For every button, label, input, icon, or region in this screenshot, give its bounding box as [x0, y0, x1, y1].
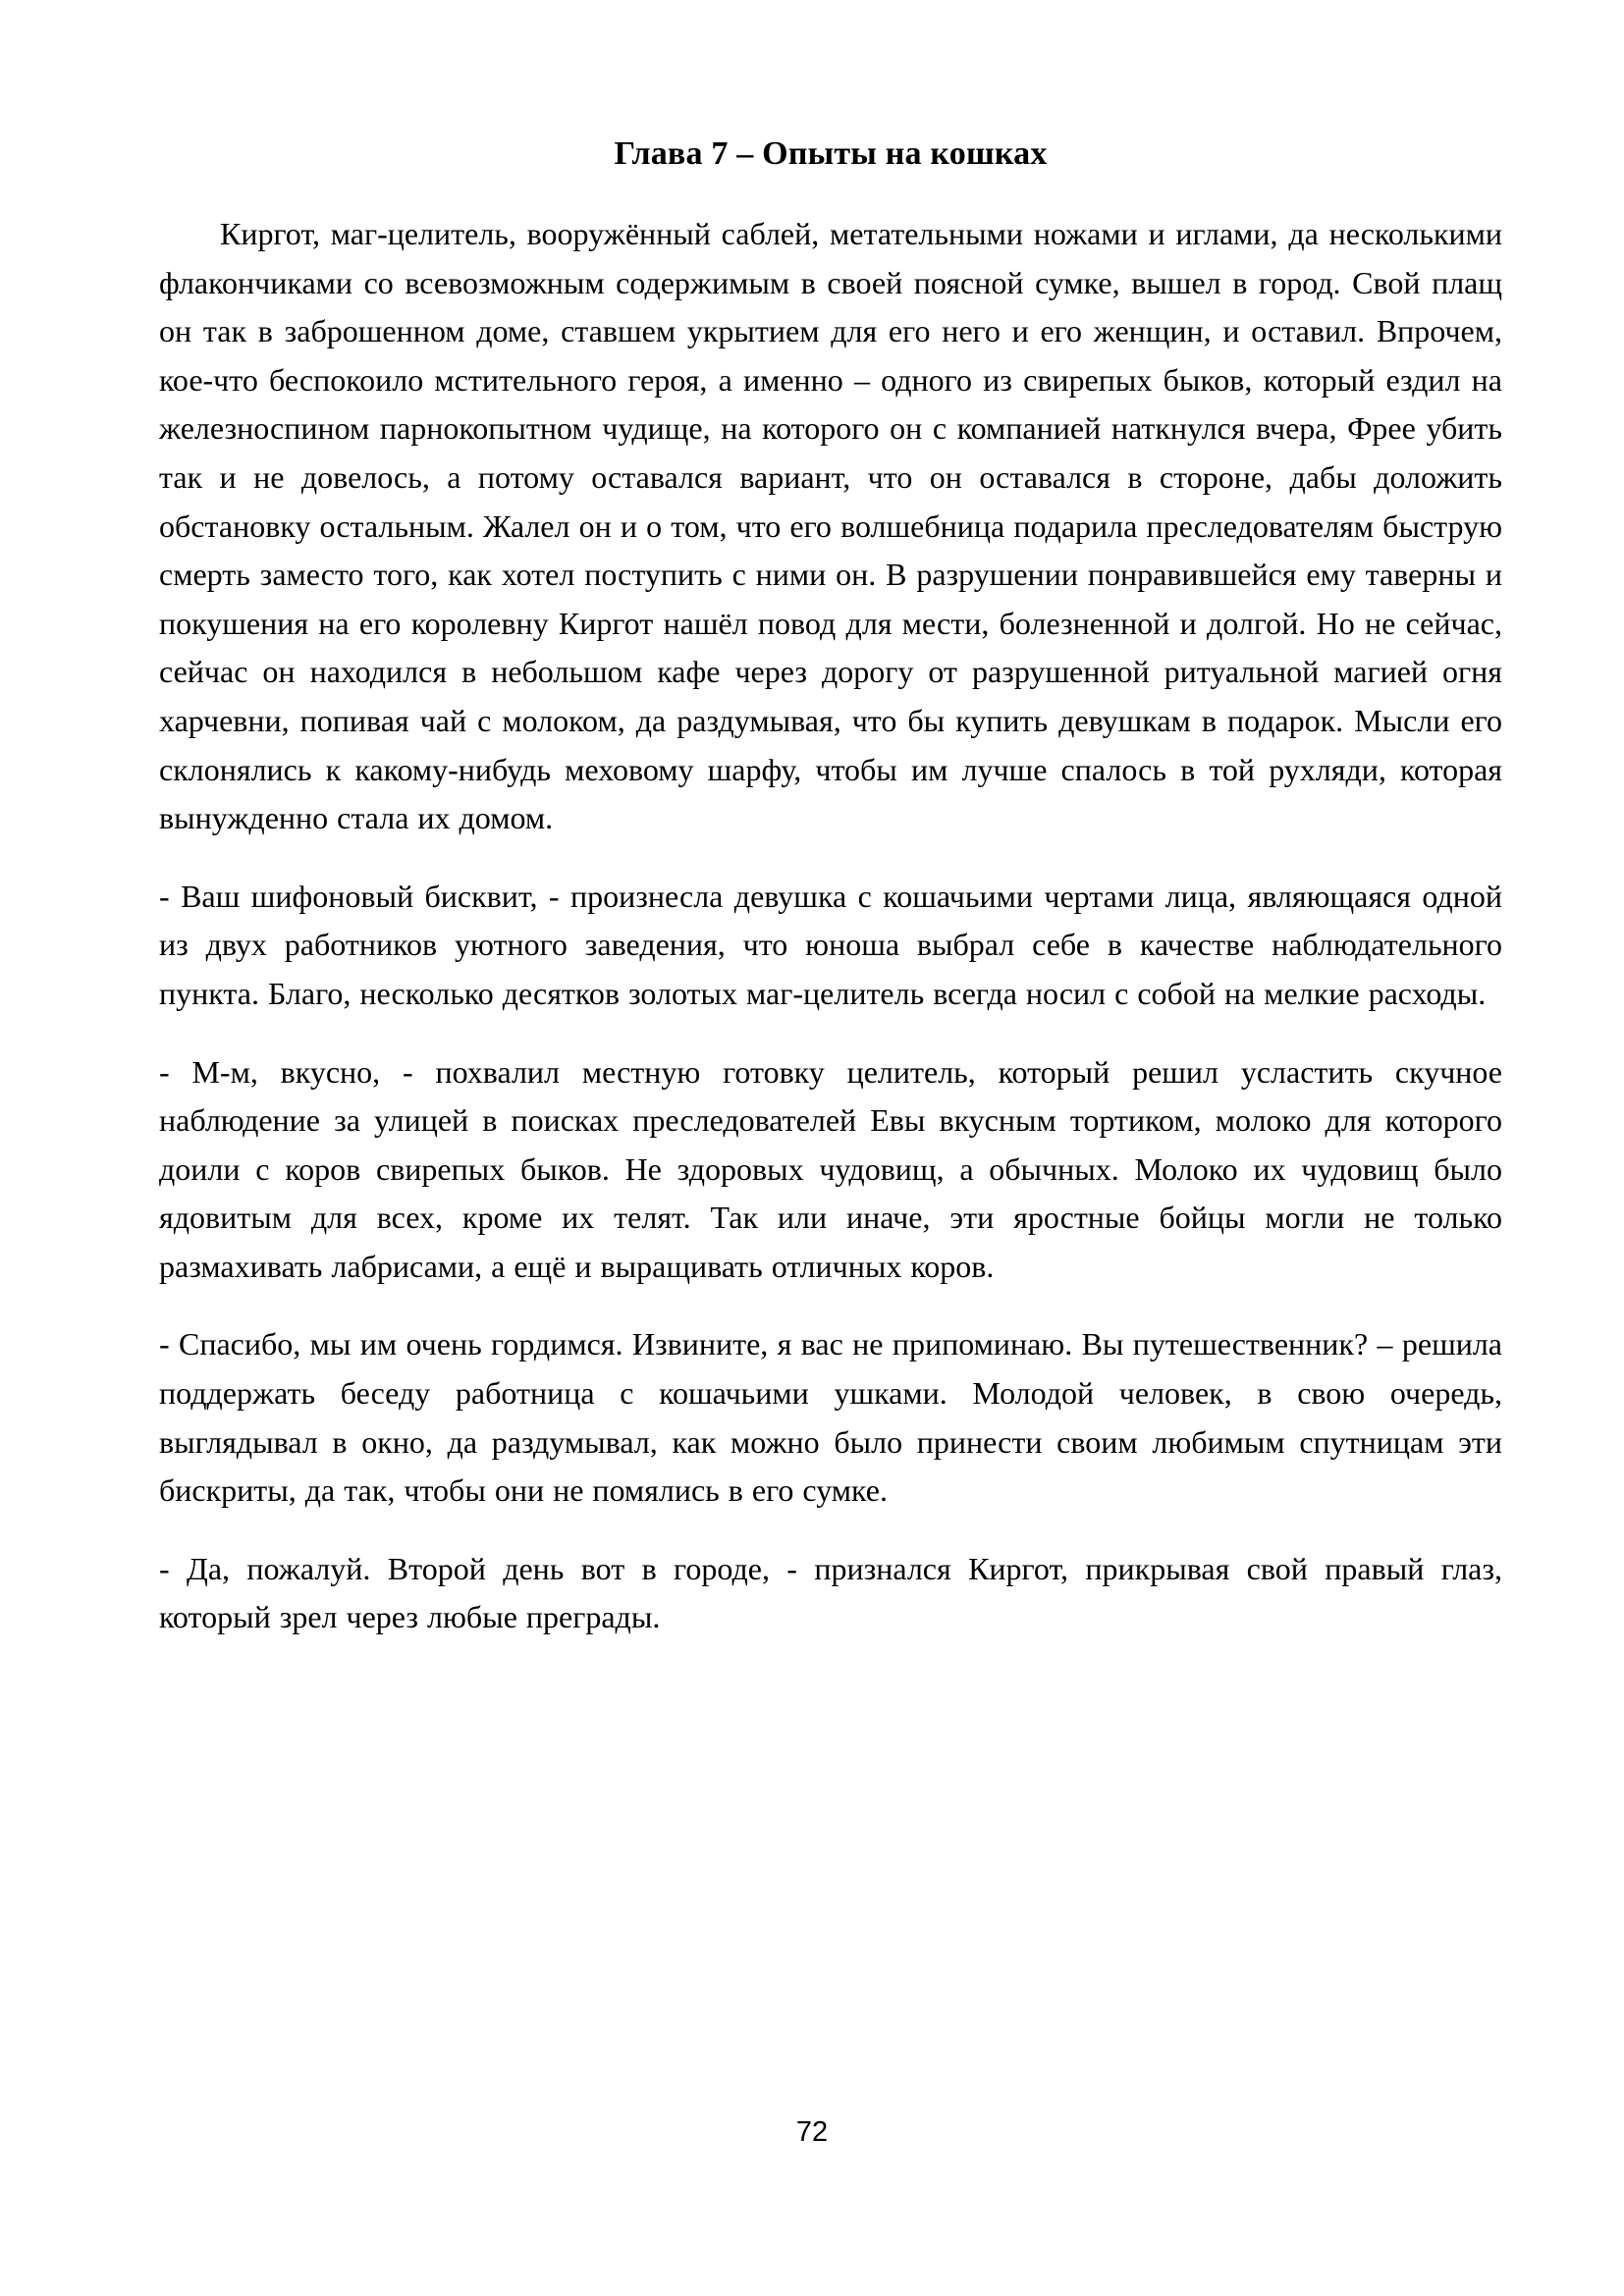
chapter-title: Глава 7 – Опыты на кошках	[159, 135, 1502, 173]
page-number: 72	[0, 2116, 1624, 2149]
body-paragraph-4: - Спасибо, мы им очень гордимся. Извинит…	[159, 1320, 1502, 1515]
document-page: Глава 7 – Опыты на кошках Киргот, маг-це…	[0, 0, 1624, 2296]
body-paragraph-5: - Да, пожалуй. Второй день вот в городе,…	[159, 1545, 1502, 1642]
body-paragraph-1: Киргот, маг-целитель, вооружённый саблей…	[159, 210, 1502, 843]
page-content: Глава 7 – Опыты на кошках Киргот, маг-це…	[159, 135, 1502, 1672]
body-paragraph-2: - Ваш шифоновый бисквит, - произнесла де…	[159, 873, 1502, 1019]
body-paragraph-3: - М-м, вкусно, - похвалил местную готовк…	[159, 1048, 1502, 1292]
